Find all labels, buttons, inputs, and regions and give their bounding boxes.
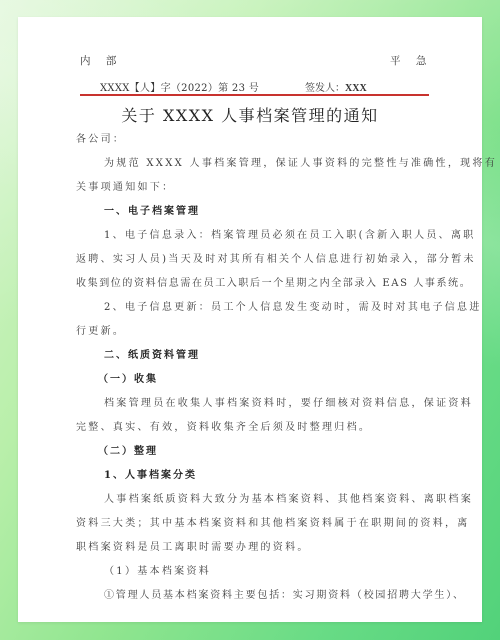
red-header-rule	[80, 94, 429, 96]
internal-mark: 内 部	[80, 53, 122, 68]
body-line: 完整、真实、有效，资料收集齐全后须及时整理归档。	[76, 418, 371, 433]
salutation: 各公司：	[76, 130, 125, 145]
document-page: 内 部 平 急 XXXX【人】字（2022）第 23 号 签发人：XXX 关于 …	[18, 17, 482, 622]
subsection-heading: 1、人事档案分类	[104, 466, 197, 481]
subsection-heading: （二）整理	[98, 442, 158, 457]
document-title: 关于 XXXX 人事档案管理的通知	[18, 103, 482, 126]
subsection-heading: （1）基本档案资料	[104, 562, 211, 577]
signer-label: 签发人：	[305, 83, 345, 94]
section-heading: 一、电子档案管理	[104, 202, 200, 217]
body-line: 行更新。	[76, 322, 125, 337]
signer-name: XXX	[345, 83, 367, 94]
body-line: ①管理人员基本档案资料主要包括：实习期资料（校园招聘大学生）、	[104, 586, 465, 601]
body-line: 收集到位的资料信息需在员工入职后一个星期之内全部录入 EAS 人事系统。	[76, 274, 471, 289]
body-line: 为规范 XXXX 人事档案管理，保证人事资料的完整性与准确性，现将有	[104, 154, 497, 169]
subsection-heading: （一）收集	[98, 370, 158, 385]
urgency-mark: 平 急	[390, 53, 432, 68]
body-line: 职档案资料是员工离职时需要办理的资料。	[76, 538, 310, 553]
body-line: 档案管理员在收集人事档案资料时，要仔细核对资料信息，保证资料	[104, 394, 473, 409]
signer: 签发人：XXX	[305, 79, 367, 94]
body-line: 关事项通知如下：	[76, 178, 174, 193]
document-number: XXXX【人】字（2022）第 23 号	[100, 79, 259, 94]
body-line: 2、电子信息更新：员工个人信息发生变动时，需及时对其电子信息进	[104, 298, 482, 313]
section-heading: 二、纸质资料管理	[104, 346, 200, 361]
body-line: 资料三大类；其中基本档案资料和其他档案资料属于在职期间的资料，离	[76, 514, 470, 529]
body-line: 1、电子信息录入：档案管理员必须在员工入职(含新入职人员、离职	[104, 226, 476, 241]
body-line: 返聘、实习人员)当天及时对其所有相关个人信息进行初始录入，部分暂未	[76, 250, 476, 265]
body-line: 人事档案纸质资料大致分为基本档案资料、其他档案资料、离职档案	[104, 490, 473, 505]
